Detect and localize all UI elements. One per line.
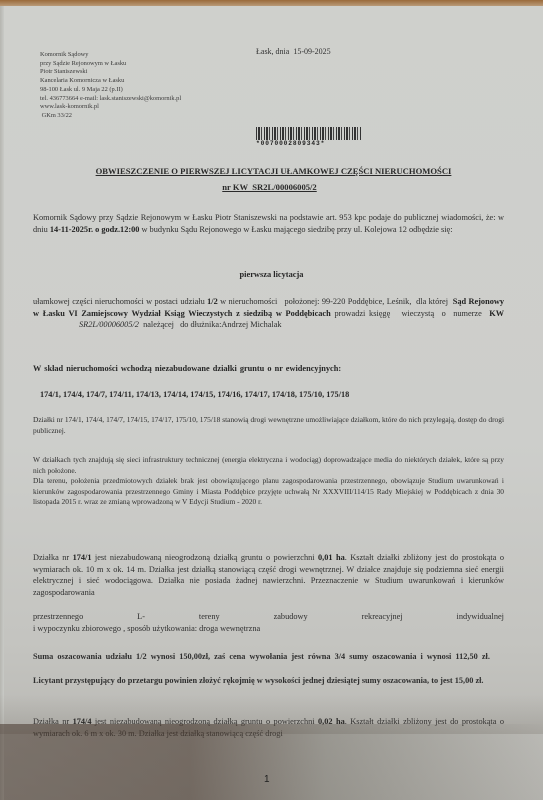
document-title: OBWIESZCZENIE O PIERWSZEJ LICYTACJI UŁAM…: [2, 166, 543, 176]
planning-paragraph: Dla terenu, położenia przedmiotowych dzi…: [33, 476, 504, 508]
composition-heading: W skład nieruchomości wchodzą niezabudow…: [33, 364, 341, 373]
letterhead-line: 98-100 Łask ul. 9 Maja 22 (p.II): [40, 86, 181, 95]
zoning-word: zabudowy: [274, 611, 308, 623]
letterhead-line: Kancelaria Komornicza w Łasku: [40, 77, 181, 86]
property-text: należącej do dłużnika:Andrzej Michalak: [139, 320, 282, 329]
barcode-icon: [256, 127, 362, 140]
intro-text: w budynku Sądu Rejonowego w Łasku mające…: [139, 225, 452, 234]
zoning-word: rekreacyjnej: [362, 611, 403, 623]
parcel-174-4-paragraph: Działka nr 174/4 jest niezabudowaną nieo…: [33, 716, 504, 739]
auction-label: pierwsza licytacja: [0, 270, 543, 279]
parcel-text: Działka nr: [33, 717, 73, 726]
parcel-174-1-paragraph: Działka nr 174/1 jest niezabudowaną nieo…: [33, 552, 504, 598]
case-number: GKm 33/22: [40, 112, 181, 121]
zoning-word: tereny: [199, 611, 220, 623]
document-page: Komornik Sądowy przy Sądzie Rejonowym w …: [0, 4, 543, 800]
property-text: w nieruchomości położonej: 99-220 Poddęb…: [218, 297, 453, 306]
zoning-spread-line: przestrzennegoL-terenyzabudowyrekreacyjn…: [33, 611, 504, 623]
document-subtitle: nr KW SR2L/00006005/2: [0, 182, 541, 192]
zoning-word: przestrzennego: [33, 611, 83, 623]
zoning-word: L-: [137, 611, 145, 623]
parcel-area: 0,01 ha: [318, 553, 345, 562]
parcel-number: 174/4: [73, 717, 92, 726]
property-text: prowadzi księgę wieczystą o numerze: [331, 309, 490, 318]
parcel-number: 174/1: [73, 553, 92, 562]
zoning-word: indywidualnej: [457, 611, 504, 623]
parcel-list: 174/1, 174/4, 174/7, 174/11, 174/13, 174…: [40, 390, 349, 399]
kw-label: KW: [489, 309, 504, 318]
page-top-edge: [0, 0, 543, 6]
auction-date-time: 14-11-2025r. o godz.12:00: [50, 225, 140, 234]
kw-number: SR2L/00006005/2: [79, 320, 139, 329]
page-edge: [0, 4, 4, 800]
intro-paragraph: Komornik Sądowy przy Sądzie Rejonowym w …: [33, 212, 504, 235]
roads-paragraph: Działki nr 174/1, 174/4, 174/7, 174/15, …: [33, 415, 504, 436]
letterhead-line: Komornik Sądowy: [40, 51, 181, 60]
property-paragraph: ułamkowej części nieruchomości w postaci…: [33, 296, 504, 331]
parcel-text: jest niezabudowaną nieogrodzoną działką …: [91, 553, 318, 562]
infrastructure-paragraph: W działkach tych znajdują się sieci infr…: [33, 455, 504, 476]
share-value: 1/2: [207, 297, 218, 306]
parcel-text: jest niezabudowaną nieogrodzoną działką …: [91, 717, 318, 726]
letterhead-line: www.lask-komornik.pl: [40, 103, 181, 112]
usage-line: i wypoczynku zbiorowego , sposób użytkow…: [33, 623, 504, 635]
letterhead-line: przy Sądzie Rejonowym w Łasku: [40, 60, 181, 69]
deposit-paragraph: Licytant przystępujący do przetargu powi…: [33, 675, 504, 687]
letterhead-line: Piotr Staniszewski: [40, 68, 181, 77]
parcel-text: Działka nr: [33, 553, 73, 562]
date-line: Łask, dnia 15-09-2025: [256, 47, 331, 56]
valuation-paragraph: Suma oszacowania udziału 1/2 wynosi 150,…: [33, 651, 504, 663]
page-number: 1: [264, 774, 270, 785]
property-text: ułamkowej części nieruchomości w postaci…: [33, 297, 207, 306]
barcode-number: *0070002809343*: [256, 140, 325, 147]
parcel-area: 0,02 ha: [318, 717, 345, 726]
letterhead-line: tel. 436773664 e-mail: lask.staniszewski…: [40, 95, 181, 104]
letterhead: Komornik Sądowy przy Sądzie Rejonowym w …: [40, 51, 181, 121]
